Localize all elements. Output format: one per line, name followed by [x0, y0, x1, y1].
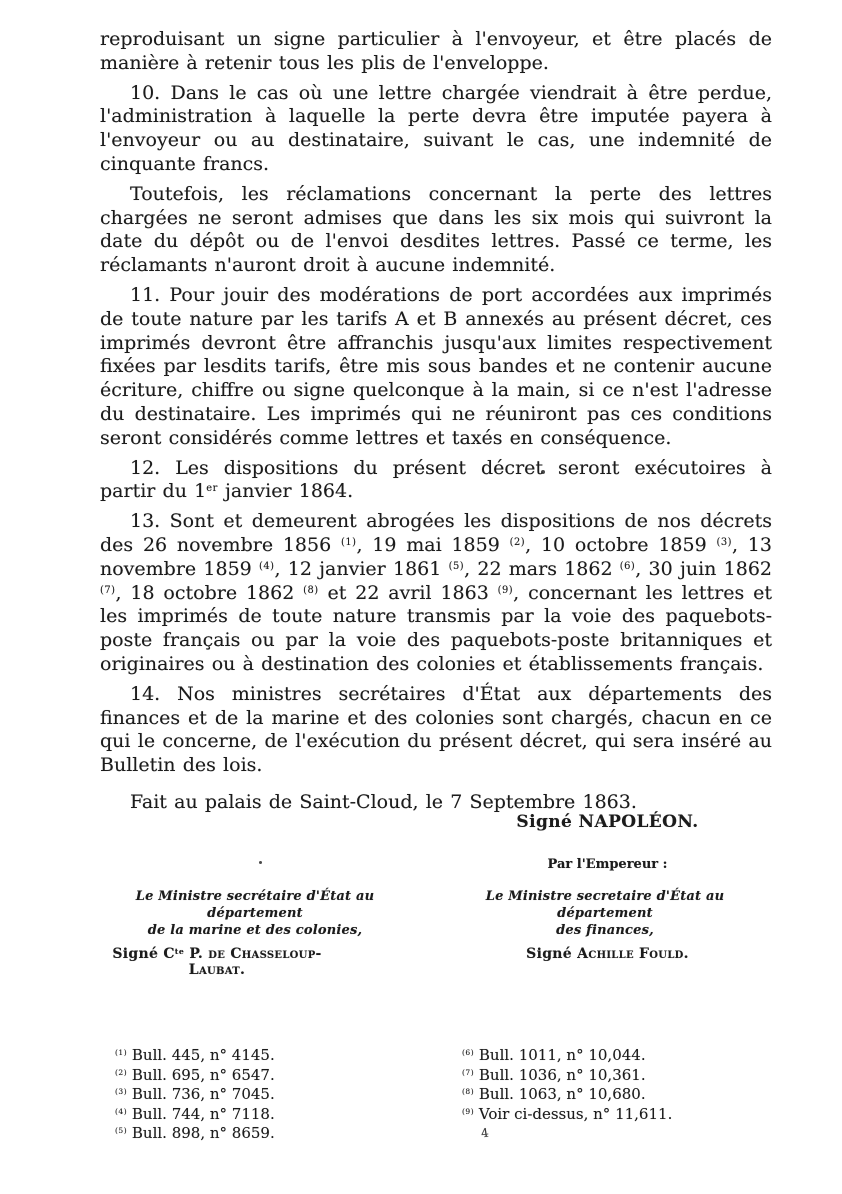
footnote-item: (6) Bull. 1011, n° 10,044.	[462, 1046, 802, 1066]
footnote-text: Bull. 695, n° 6547.	[127, 1066, 275, 1084]
minister-title-finances: Le Ministre secretaire d'État au départe…	[450, 888, 760, 939]
signature-achille-fould: Signé Achille Fould.	[455, 946, 760, 962]
paragraph-continuation: reproduisant un signe particulier à l'en…	[100, 28, 772, 76]
footnote-text: Bull. 898, n° 8659.	[127, 1124, 275, 1142]
minister-title-marine-line1: Le Ministre secrétaire d'État au départe…	[136, 889, 374, 921]
text-run: 12. Les dispositions du présent décret s…	[100, 457, 772, 503]
footnote-text: Bull. 445, n° 4145.	[127, 1046, 275, 1064]
minister-title-finances-line1: Le Ministre secretaire d'État au départe…	[486, 889, 724, 921]
signature-napoleon: Signé NAPOLÉON.	[450, 812, 765, 832]
text-run: , 30 juin 1862	[635, 558, 772, 580]
article-11: 11. Pour jouir des modérations de port a…	[100, 284, 772, 451]
by-the-emperor-label: Par l'Empereur :	[450, 857, 765, 872]
text-run: janvier 1864.	[218, 480, 353, 502]
article-10-alinea-2: Toutefois, les réclamations concernant l…	[100, 183, 772, 278]
footnote-item: (1) Bull. 445, n° 4145.	[115, 1046, 450, 1066]
footnote-mark: (1)	[115, 1048, 127, 1057]
text-run: 11. Pour jouir des modérations de port a…	[100, 284, 772, 449]
footnote-item: (2) Bull. 695, n° 6547.	[115, 1066, 450, 1086]
text-run: P.	[184, 946, 208, 962]
text-run: Signé C	[112, 946, 174, 962]
superscript-reference: (8)	[303, 585, 319, 596]
article-14: 14. Nos ministres secrétaires d'État aux…	[100, 683, 772, 778]
document-page: reproduisant un signe particulier à l'en…	[0, 0, 842, 1194]
footnote-item: (4) Bull. 744, n° 7118.	[115, 1105, 450, 1125]
superscript-reference: er	[206, 483, 218, 494]
footnote-text: Bull. 1036, n° 10,361.	[474, 1066, 645, 1084]
minister-title-marine: Le Ministre secrétaire d'État au départe…	[95, 888, 415, 939]
footnote-text: Bull. 744, n° 7118.	[127, 1105, 275, 1123]
printer-mark: 4	[480, 1126, 490, 1141]
minister-title-marine-line2: de la marine et des colonies,	[148, 923, 363, 938]
footnote-mark: (3)	[115, 1087, 127, 1096]
text-run: , 19 mai 1859	[356, 534, 509, 556]
article-13: 13. Sont et demeurent abrogées les dispo…	[100, 510, 772, 677]
footnote-mark: (2)	[115, 1068, 127, 1077]
ink-speck	[541, 470, 545, 474]
footnote-mark: (8)	[462, 1087, 474, 1096]
footnote-item: (9) Voir ci-dessus, n° 11,611.	[462, 1105, 802, 1125]
superscript-reference: te	[175, 947, 184, 956]
text-run: 10. Dans le cas où une lettre chargée vi…	[100, 82, 772, 175]
text-run: , 12 janvier 1861	[274, 558, 448, 580]
superscript-reference: (9)	[498, 585, 514, 596]
signature-chasseloup-laubat: Signé Cte P. de Chasseloup-Laubat.	[87, 946, 347, 978]
text-run: Signé	[526, 946, 577, 962]
ink-speck	[259, 861, 262, 864]
superscript-reference: (2)	[510, 537, 526, 548]
superscript-reference: (3)	[716, 537, 732, 548]
footnote-mark: (9)	[462, 1107, 474, 1116]
body-text: reproduisant un signe particulier à l'en…	[100, 28, 772, 815]
superscript-reference: (1)	[341, 537, 357, 548]
footnote-text: Bull. 1011, n° 10,044.	[474, 1046, 645, 1064]
footnote-item: (7) Bull. 1036, n° 10,361.	[462, 1066, 802, 1086]
footnote-item: (5) Bull. 898, n° 8659.	[115, 1124, 450, 1144]
superscript-reference: (5)	[449, 561, 465, 572]
footnotes-right: (6) Bull. 1011, n° 10,044.(7) Bull. 1036…	[462, 1046, 802, 1124]
text-run: Fait au palais de Saint-Cloud, le 7 Sept…	[130, 791, 637, 813]
superscript-reference: (7)	[100, 585, 116, 596]
footnote-text: Voir ci-dessus, n° 11,611.	[474, 1105, 672, 1123]
footnote-mark: (5)	[115, 1127, 127, 1136]
minister-title-finances-line2: des finances,	[556, 923, 654, 938]
article-10: 10. Dans le cas où une lettre chargée vi…	[100, 82, 772, 177]
text-run: Toutefois, les réclamations concernant l…	[100, 183, 772, 276]
article-12: 12. Les dispositions du présent décret s…	[100, 457, 772, 505]
footnote-mark: (6)	[462, 1048, 474, 1057]
footnotes-left: (1) Bull. 445, n° 4145.(2) Bull. 695, n°…	[115, 1046, 450, 1144]
footnote-item: (8) Bull. 1063, n° 10,680.	[462, 1085, 802, 1105]
text-run: reproduisant un signe particulier à l'en…	[100, 28, 772, 74]
superscript-reference: (4)	[259, 561, 275, 572]
small-caps-name: de Chasseloup-Laubat.	[189, 946, 322, 978]
small-caps-name: Achille Fould.	[577, 946, 689, 962]
footnote-item: (3) Bull. 736, n° 7045.	[115, 1085, 450, 1105]
text-run: , 22 mars 1862	[464, 558, 620, 580]
text-run: , 18 octobre 1862	[116, 582, 304, 604]
text-run: et 22 avril 1863	[319, 582, 498, 604]
superscript-reference: (6)	[620, 561, 636, 572]
text-run: , 10 octobre 1859	[525, 534, 716, 556]
footnote-mark: (4)	[115, 1107, 127, 1116]
text-run: 14. Nos ministres secrétaires d'État aux…	[100, 683, 772, 776]
footnote-mark: (7)	[462, 1068, 474, 1077]
footnote-text: Bull. 1063, n° 10,680.	[474, 1085, 645, 1103]
footnote-text: Bull. 736, n° 7045.	[127, 1085, 275, 1103]
